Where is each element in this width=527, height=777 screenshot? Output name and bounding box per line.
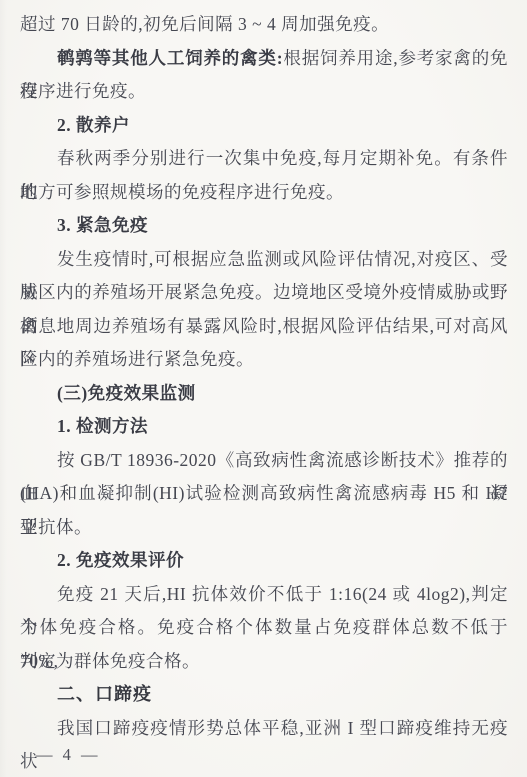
paragraph-line: 地方可参照规模场的免疫程序进行免疫。	[20, 176, 508, 210]
paragraph-line: 按 GB/T 18936-2020《高致病性禽流感诊断技术》推荐的血凝	[20, 444, 508, 478]
section-heading: (三)免疫效果监测	[20, 377, 508, 411]
paragraph-line: 鹌鹑等其他人工饲养的禽类:根据饲养用途,参考家禽的免疫	[20, 42, 508, 76]
section-heading: 3. 紧急免疫	[20, 209, 508, 243]
section-heading: 1. 检测方法	[20, 410, 508, 444]
document-body: 超过 70 日龄的,初免后间隔 3 ~ 4 周加强免疫。 鹌鹑等其他人工饲养的禽…	[20, 8, 508, 745]
paragraph-line: 超过 70 日龄的,初免后间隔 3 ~ 4 周加强免疫。	[20, 8, 508, 42]
section-heading: 2. 散养户	[20, 109, 508, 143]
page-number: — 4 —	[36, 745, 101, 765]
chapter-heading: 二、口蹄疫	[20, 678, 508, 712]
section-heading: 2. 免疫效果评价	[20, 544, 508, 578]
paragraph-line: 判定为群体免疫合格。	[20, 645, 508, 679]
paragraph-line: 型抗体。	[20, 511, 508, 545]
paragraph-line: 个体免疫合格。免疫合格个体数量占免疫群体总数不低于 70%,	[20, 611, 508, 645]
paragraph-line: 栖息地周边养殖场有暴露风险时,根据风险评估结果,可对高风险	[20, 310, 508, 344]
paragraph-line: 春秋两季分别进行一次集中免疫,每月定期补免。有条件的	[20, 142, 508, 176]
inline-bold-label: 鹌鹑等其他人工饲养的禽类:	[57, 48, 283, 68]
paragraph-line: 免疫 21 天后,HI 抗体效价不低于 1:16(24 或 4log2),判定为	[20, 578, 508, 612]
paragraph-line: 区内的养殖场进行紧急免疫。	[20, 343, 508, 377]
paragraph-line: (HA)和血凝抑制(HI)试验检测高致病性禽流感病毒 H5 和 H7 亚	[20, 477, 508, 511]
paragraph-line: 我国口蹄疫疫情形势总体平稳,亚洲 I 型口蹄疫维持无疫状	[20, 712, 508, 746]
paragraph-line: 胁区内的养殖场开展紧急免疫。边境地区受境外疫情威胁或野禽	[20, 276, 508, 310]
document-page: 超过 70 日龄的,初免后间隔 3 ~ 4 周加强免疫。 鹌鹑等其他人工饲养的禽…	[0, 0, 527, 777]
paragraph-line: 程序进行免疫。	[20, 75, 508, 109]
paragraph-line: 发生疫情时,可根据应急监测或风险评估情况,对疫区、受威	[20, 243, 508, 277]
